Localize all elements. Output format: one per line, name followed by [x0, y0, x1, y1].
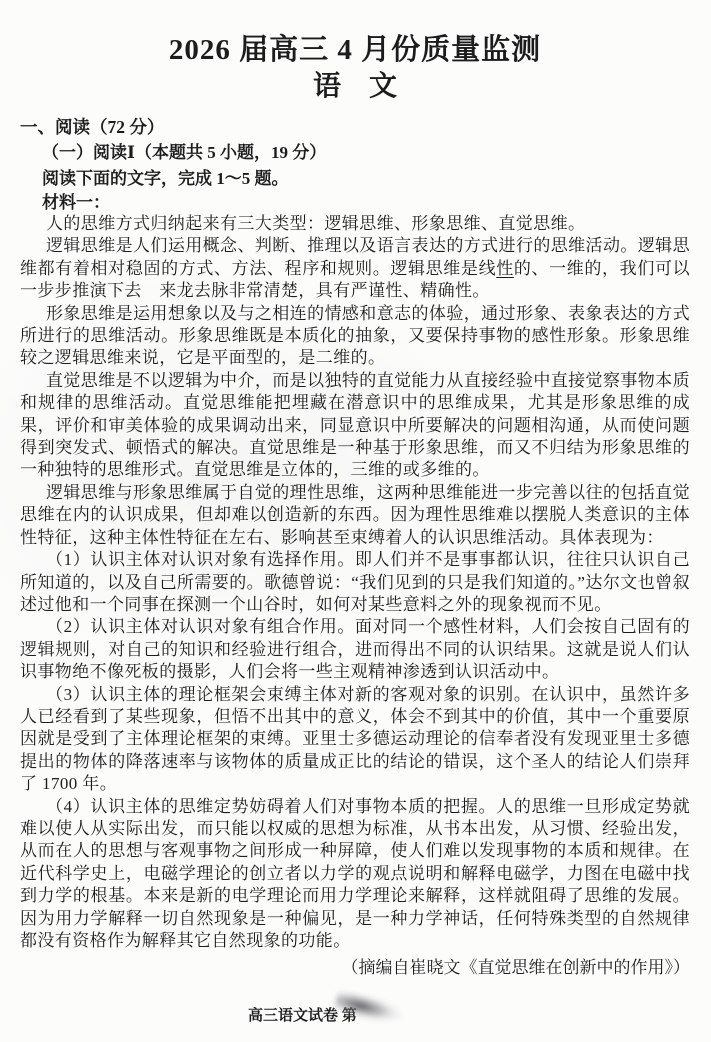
material-body: 人的思维方式归纳起来有三大类型：逻辑思维、形象思维、直觉思维。逻辑思维是人们运用…	[20, 213, 690, 952]
material-one-label: 材料一：	[20, 192, 690, 213]
body-paragraph: （2）认识主体对认识对象有组合作用。面对同一个感性材料，人们会按自己固有的逻辑规…	[20, 616, 690, 683]
body-paragraph: 形象思维是运用想象以及与之相连的情感和意志的体验，通过形象、表象表达的方式所进行…	[20, 303, 690, 370]
body-paragraph: 逻辑思维是人们运用概念、判断、推理以及语言表达的方式进行的思维活动。逻辑思维都有…	[20, 235, 690, 302]
page-footer: 高三语文试卷 第	[248, 1007, 357, 1025]
paper-subject: 语 文	[20, 70, 690, 104]
reading-instruction: 阅读下面的文字，完成 1～5 题。	[20, 166, 690, 192]
body-paragraph: （4）认识主体的思维定势妨碍着人们对事物本质的把握。人的思维一旦形成定势就难以使…	[20, 796, 690, 953]
body-paragraph: （3）认识主体的理论框架会束缚主体对新的客观对象的识别。在认识中，虽然许多人已经…	[20, 684, 690, 796]
exam-paper-page: 2026 届高三 4 月份质量监测 语 文 一、阅读（72 分） （一）阅读Ⅰ（…	[0, 0, 711, 1042]
section-heading-reading: 一、阅读（72 分）	[20, 114, 690, 140]
body-paragraph: 直觉思维是不以逻辑为中介，而是以独特的直觉能力从直接经验中直接觉察事物本质和规律…	[20, 370, 690, 482]
subsection-heading-reading1: （一）阅读Ⅰ（本题共 5 小题，19 分）	[20, 140, 690, 166]
underlined-text: 性	[496, 259, 514, 278]
paper-title: 2026 届高三 4 月份质量监测	[20, 34, 690, 66]
footer-label: 高三语文试卷 第	[248, 1008, 357, 1024]
body-paragraph: 逻辑思维与形象思维属于自觉的理性思维，这两种思维能进一步完善以往的包括直觉思维在…	[20, 482, 690, 549]
body-paragraph: （1）认识主体对认识对象有选择作用。即人们并不是事事都认识，往往只认识自己所知道…	[20, 549, 690, 616]
body-paragraph: 人的思维方式归纳起来有三大类型：逻辑思维、形象思维、直觉思维。	[20, 213, 690, 235]
source-citation: （摘编自崔晓文《直觉思维在创新中的作用》）	[20, 955, 690, 980]
